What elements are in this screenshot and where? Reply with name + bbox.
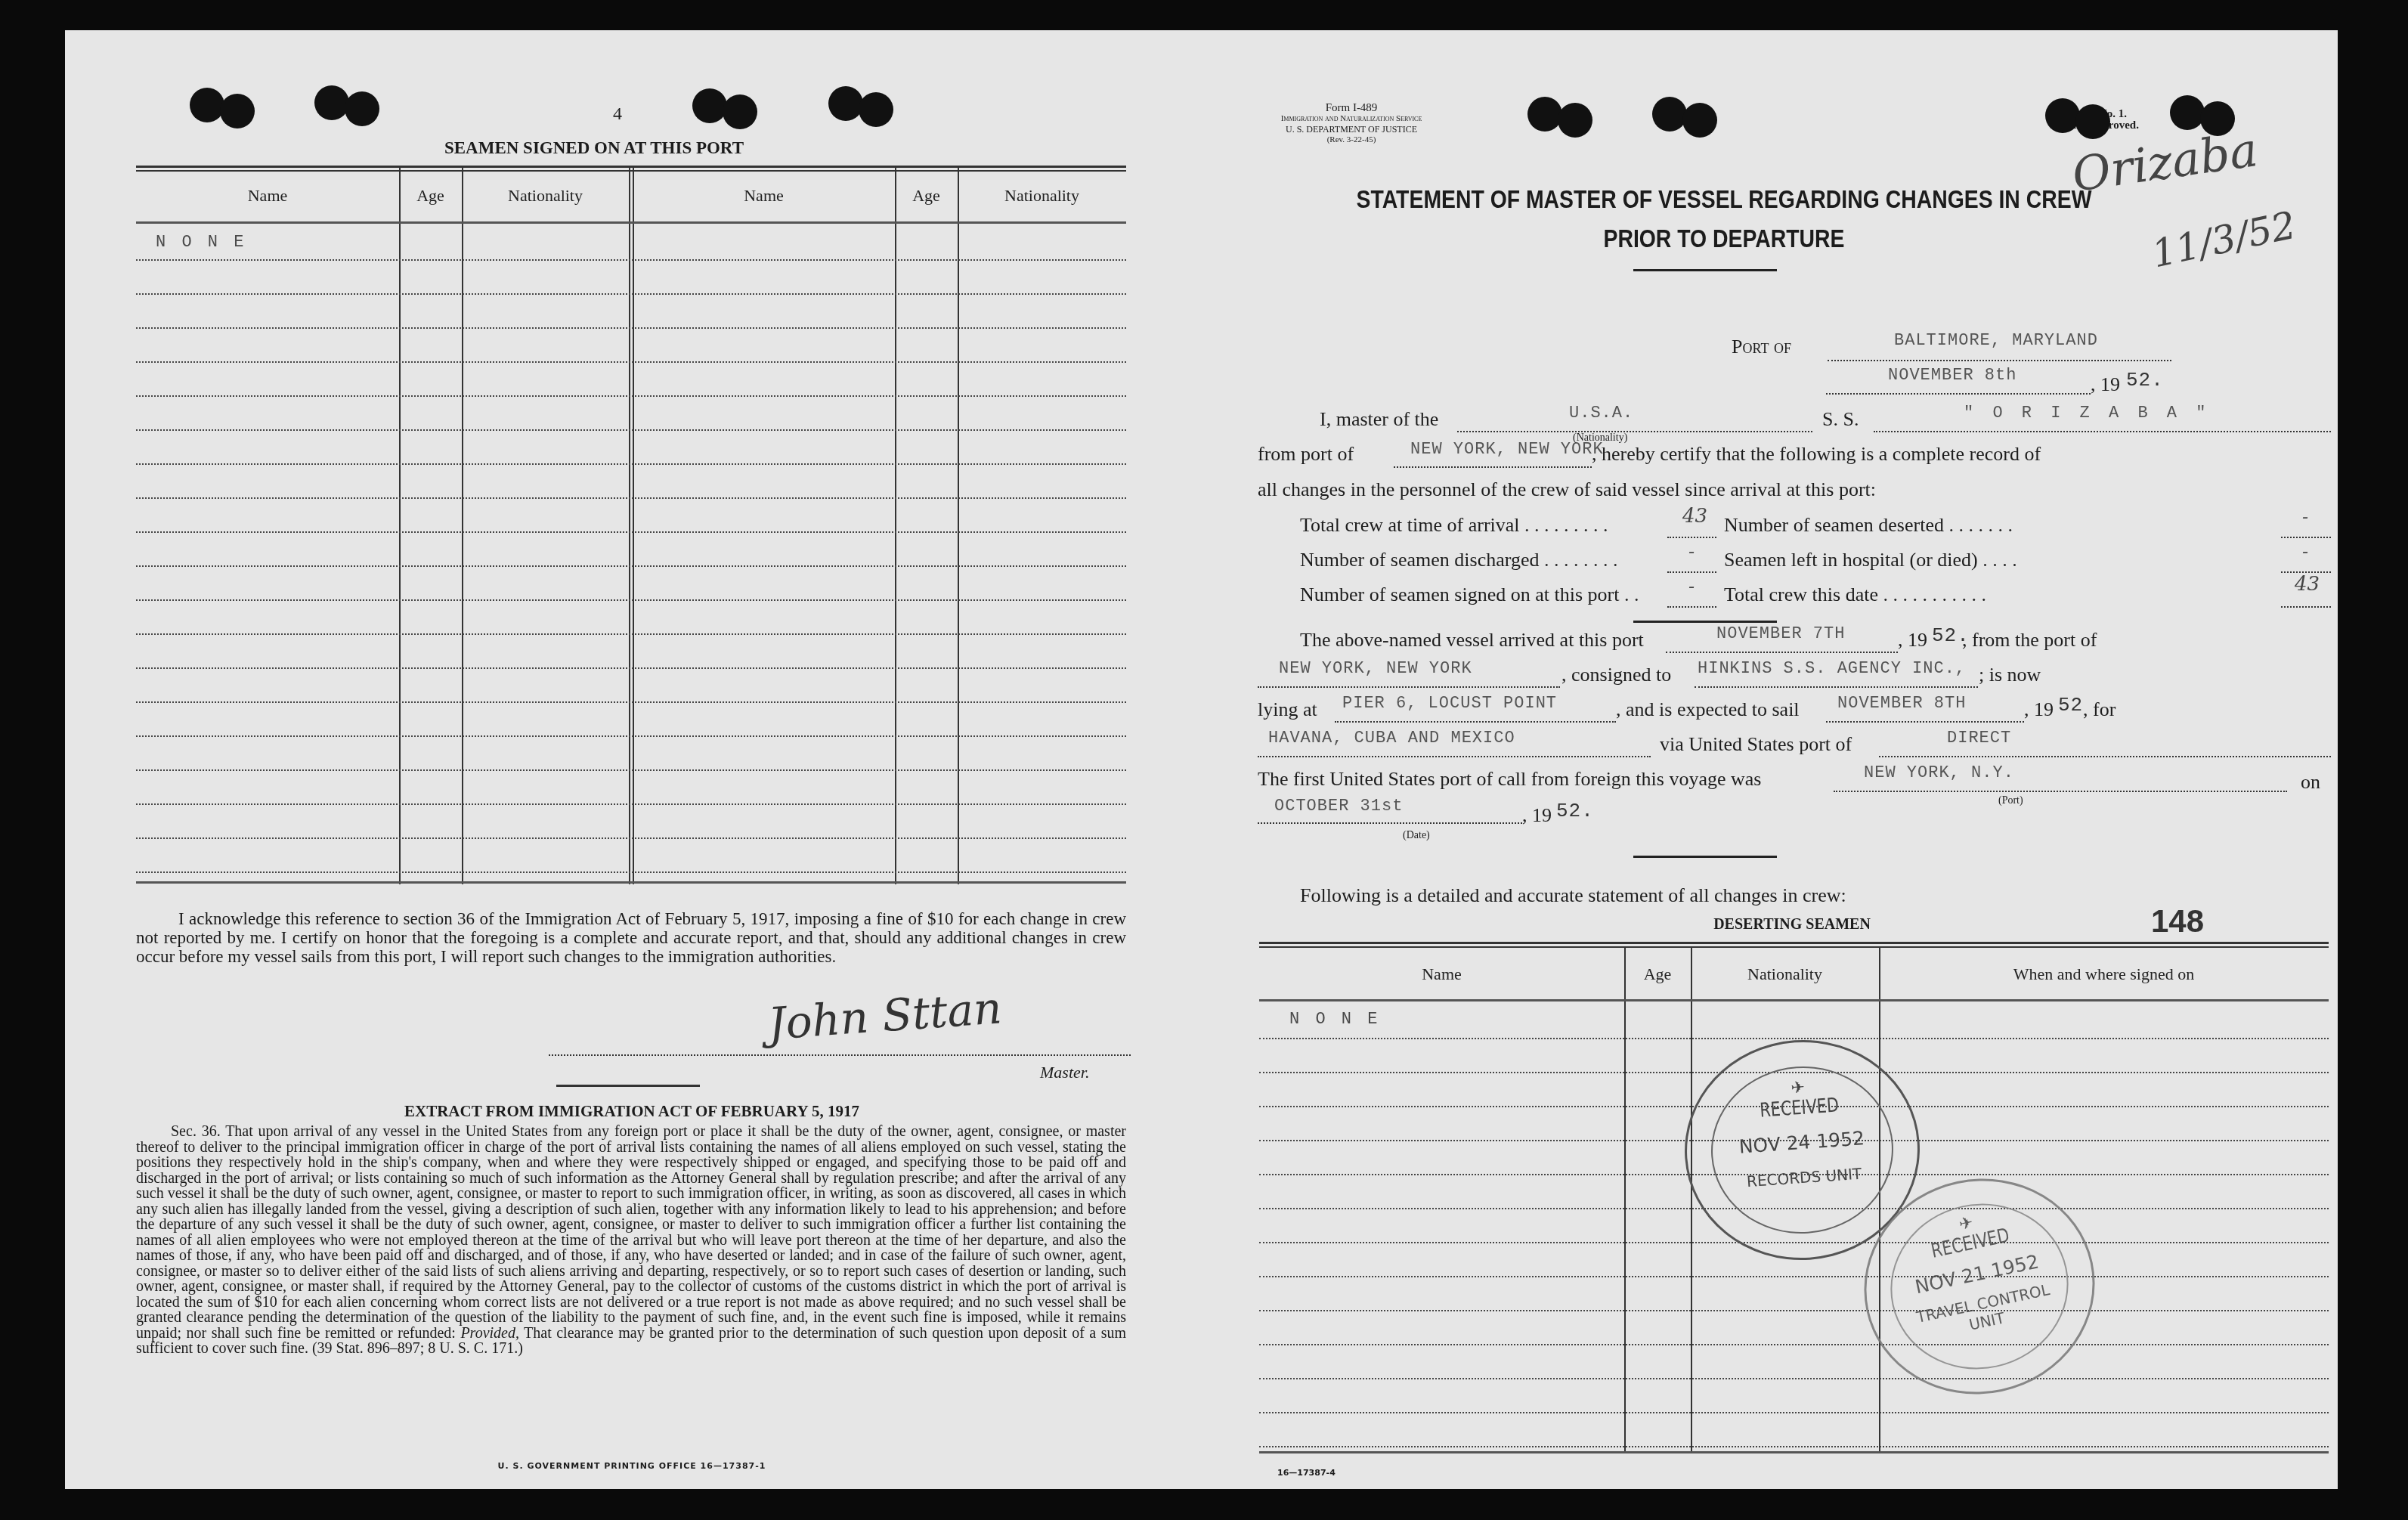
punch-hole-redaction [1527, 97, 1603, 142]
printer-line-left: U. S. GOVERNMENT PRINTING OFFICE 16—1738… [65, 1461, 1199, 1471]
port-of-value: BALTIMORE, MARYLAND [1894, 331, 2098, 350]
extract-title: EXTRACT FROM IMMIGRATION ACT OF FEBRUARY… [65, 1102, 1199, 1121]
destination-value: HAVANA, CUBA AND MEXICO [1268, 729, 1515, 748]
seamen-signed-on-value: - [1688, 576, 1695, 597]
acknowledgement-text: I acknowledge this reference to section … [136, 909, 1126, 966]
section-title-seamen-signed-on: SEAMEN SIGNED ON AT THIS PORT [65, 138, 1123, 158]
first-port-date: OCTOBER 31st [1274, 797, 1403, 816]
arrival-date: NOVEMBER 7TH [1716, 624, 1845, 643]
statement-date: NOVEMBER 8th [1888, 366, 2016, 385]
department-name: U. S. DEPARTMENT OF JUSTICE [1257, 124, 1446, 135]
ship-name: " O R I Z A B A " [1964, 404, 2210, 423]
punch-hole-redaction [2045, 98, 2121, 144]
seamen-discharged-value: - [1688, 541, 1695, 562]
nationality-value: U.S.A. [1569, 404, 1633, 423]
ss-label: S. S. [1822, 408, 1859, 431]
punch-hole-redaction [828, 86, 904, 132]
first-port-year: 52. [1556, 800, 1594, 822]
column-header-name: Name [136, 186, 399, 206]
master-label: Master. [1040, 1063, 1089, 1082]
from-port-label: from port of [1258, 443, 1354, 466]
seamen-deserted-value: - [2302, 506, 2308, 528]
column-header-age: Age [1624, 964, 1691, 984]
punch-hole-redaction [314, 85, 390, 131]
column-header-name: Name [1259, 964, 1624, 984]
column-header-age: Age [399, 186, 462, 206]
consignee-value: HINKINS S.S. AGENCY INC., [1698, 659, 1966, 678]
arrived-from-port: NEW YORK, NEW YORK [1279, 659, 1472, 678]
master-of-label: I, master of the [1320, 408, 1438, 431]
document-sheet: 4 SEAMEN SIGNED ON AT THIS PORT Name Age… [65, 30, 2338, 1489]
port-caption: (Port) [1998, 795, 2023, 807]
column-header-age: Age [895, 186, 958, 206]
sail-year: 52 [2058, 694, 2083, 717]
extract-body: Sec. 36. That upon arrival of any vessel… [136, 1124, 1126, 1357]
page-number: 4 [613, 104, 622, 125]
sheet-number: 148 [2151, 903, 2204, 940]
punch-hole-redaction [190, 88, 265, 133]
statement-year: 52. [2126, 369, 2164, 392]
column-header-nationality: Nationality [958, 186, 1126, 206]
port-of-label: Port of [1732, 336, 1791, 358]
punch-hole-redaction [692, 88, 768, 134]
total-crew-arrival-value: 43 [1682, 505, 1707, 528]
handwritten-date: 11/3/52 [2148, 203, 2300, 277]
form-number: Form I-489 [1257, 103, 1446, 113]
following-text: Following is a detailed and accurate sta… [1300, 884, 1846, 907]
master-signature: John Sttan [766, 982, 1004, 1049]
sail-date: NOVEMBER 8TH [1837, 694, 1966, 713]
punch-hole-redaction [1652, 97, 1728, 142]
table-entry-none: N O N E [156, 233, 246, 252]
form-revision: (Rev. 3-22-45) [1257, 135, 1446, 145]
certify-text: all changes in the personnel of the crew… [1258, 478, 1876, 501]
column-header-nationality: Nationality [462, 186, 629, 206]
via-port-value: DIRECT [1947, 729, 2011, 748]
first-port-value: NEW YORK, N.Y. [1864, 763, 2014, 782]
agency-name: Immigration and Naturalization Service [1257, 113, 1446, 124]
lying-at-value: PIER 6, LOCUST POINT [1342, 694, 1557, 713]
column-header-name: Name [633, 186, 895, 206]
printer-line-right: 16—17387-4 [1277, 1468, 1336, 1478]
seamen-hospital-value: - [2302, 541, 2308, 562]
total-crew-this-date-value: 43 [2295, 573, 2320, 596]
form-title: STATEMENT OF MASTER OF VESSEL REGARDING … [1324, 180, 2124, 258]
date-caption: (Date) [1403, 830, 1430, 842]
section-label: Sec. 36. [171, 1123, 221, 1140]
form-header: Form I-489 Immigration and Naturalizatio… [1257, 103, 1446, 145]
column-header-when-where-signed: When and where signed on [1879, 964, 2329, 984]
table-entry-none: N O N E [1289, 1010, 1380, 1029]
column-header-nationality: Nationality [1691, 964, 1879, 984]
